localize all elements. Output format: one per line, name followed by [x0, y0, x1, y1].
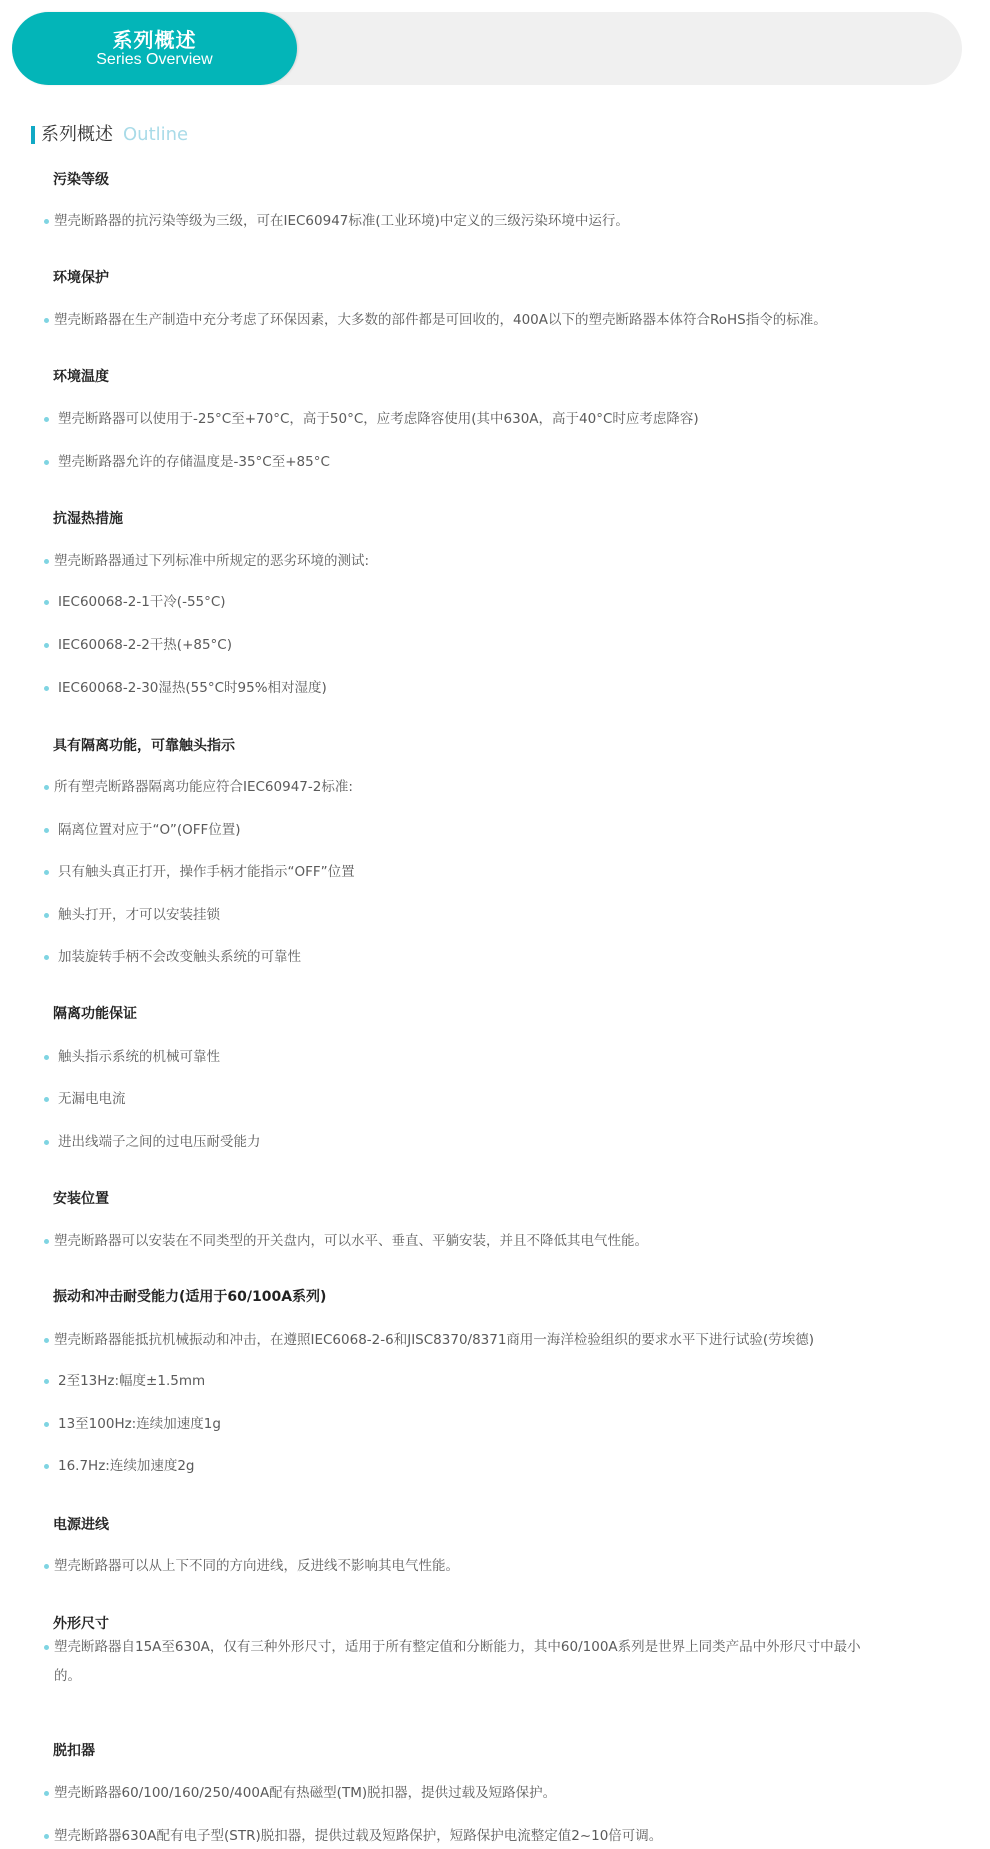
bullet-icon	[44, 1645, 49, 1650]
section-title: 系列概述 Outline	[31, 124, 188, 146]
bullet-icon	[44, 559, 49, 564]
banner-title-cn: 系列概述	[113, 29, 197, 51]
list-item: 塑壳断路器630A配有电子型(STR)脱扣器，提供过载及短路保护，短路保护电流整…	[44, 1822, 884, 1849]
list-item: 进出线端子之间的过电压耐受能力	[44, 1128, 884, 1157]
section-heading: 振动和冲击耐受能力(适用于60/100A系列)	[53, 1287, 326, 1307]
list-item: 触头打开，才可以安装挂锁	[44, 901, 884, 930]
list-item: IEC60068-2-30湿热(55°C时95%相对湿度)	[44, 674, 884, 703]
bullet-icon	[44, 785, 49, 790]
list-item: 隔离位置对应于“O”(OFF位置)	[44, 816, 884, 845]
list-item: 无漏电电流	[44, 1085, 884, 1114]
banner-title-en: Series Overview	[96, 51, 212, 69]
bullet-icon	[44, 417, 49, 422]
section-heading: 隔离功能保证	[53, 1004, 137, 1024]
bullet-icon	[44, 460, 49, 465]
list-item: 塑壳断路器通过下列标准中所规定的恶劣环境的测试:	[44, 547, 884, 576]
bullet-icon	[44, 870, 49, 875]
list-item: 2至13Hz:幅度±1.5mm	[44, 1367, 884, 1396]
section-heading: 外形尺寸	[53, 1614, 109, 1634]
list-item: 16.7Hz:连续加速度2g	[44, 1452, 884, 1481]
bullet-icon	[44, 1422, 49, 1427]
section-heading: 具有隔离功能，可靠触头指示	[53, 736, 235, 756]
section-heading: 环境温度	[53, 367, 109, 387]
list-item: 塑壳断路器自15A至630A，仅有三种外形尺寸，适用于所有整定值和分断能力，其中…	[44, 1633, 874, 1691]
section-heading: 抗湿热措施	[53, 509, 123, 529]
bullet-icon	[44, 1055, 49, 1060]
list-item: IEC60068-2-1干冷(-55°C)	[44, 588, 884, 617]
bullet-icon	[44, 1834, 49, 1839]
section-heading: 环境保护	[53, 268, 109, 288]
list-item: 塑壳断路器可以使用于-25°C至+70°C，高于50°C，应考虑降容使用(其中6…	[44, 405, 884, 434]
list-item: 塑壳断路器在生产制造中充分考虑了环保因素，大多数的部件都是可回收的，400A以下…	[44, 306, 884, 335]
section-title-en: Outline	[123, 124, 188, 146]
list-item: 加装旋转手柄不会改变触头系统的可靠性	[44, 943, 884, 972]
list-item: 只有触头真正打开，操作手柄才能指示“OFF”位置	[44, 858, 884, 887]
bullet-icon	[44, 1464, 49, 1469]
list-item: IEC60068-2-2干热(+85°C)	[44, 631, 884, 660]
list-item: 13至100Hz:连续加速度1g	[44, 1410, 884, 1439]
bullet-icon	[44, 1097, 49, 1102]
section-title-cn: 系列概述	[41, 124, 113, 146]
bullet-icon	[44, 1140, 49, 1145]
bullet-icon	[44, 600, 49, 605]
list-item: 塑壳断路器可以安装在不同类型的开关盘内，可以水平、垂直、平躺安装，并且不降低其电…	[44, 1227, 884, 1256]
bullet-icon	[44, 1239, 49, 1244]
list-item: 触头指示系统的机械可靠性	[44, 1043, 884, 1072]
series-overview-banner: 系列概述 Series Overview	[12, 12, 962, 85]
bullet-icon	[44, 318, 49, 323]
bullet-icon	[44, 828, 49, 833]
bullet-icon	[44, 1379, 49, 1384]
list-item: 所有塑壳断路器隔离功能应符合IEC60947-2标准:	[44, 773, 884, 802]
bullet-icon	[44, 686, 49, 691]
bullet-icon	[44, 1791, 49, 1796]
list-item: 塑壳断路器的抗污染等级为三级，可在IEC60947标准(工业环境)中定义的三级污…	[44, 207, 884, 236]
section-heading: 脱扣器	[53, 1741, 95, 1761]
section-heading: 安装位置	[53, 1189, 109, 1209]
list-item: 塑壳断路器能抵抗机械振动和冲击，在遵照IEC6068-2-6和JISC8370/…	[44, 1326, 884, 1355]
section-heading: 电源进线	[53, 1515, 109, 1535]
bullet-icon	[44, 955, 49, 960]
bullet-icon	[44, 1338, 49, 1343]
bullet-icon	[44, 913, 49, 918]
title-accent-bar	[31, 126, 35, 144]
banner-pill: 系列概述 Series Overview	[12, 12, 297, 85]
bullet-icon	[44, 643, 49, 648]
bullet-icon	[44, 219, 49, 224]
list-item: 塑壳断路器60/100/160/250/400A配有热磁型(TM)脱扣器，提供过…	[44, 1779, 884, 1808]
section-heading: 污染等级	[53, 170, 109, 190]
bullet-icon	[44, 1564, 49, 1569]
list-item: 塑壳断路器可以从上下不同的方向进线，反进线不影响其电气性能。	[44, 1552, 884, 1581]
list-item: 塑壳断路器允许的存储温度是-35°C至+85°C	[44, 448, 884, 477]
